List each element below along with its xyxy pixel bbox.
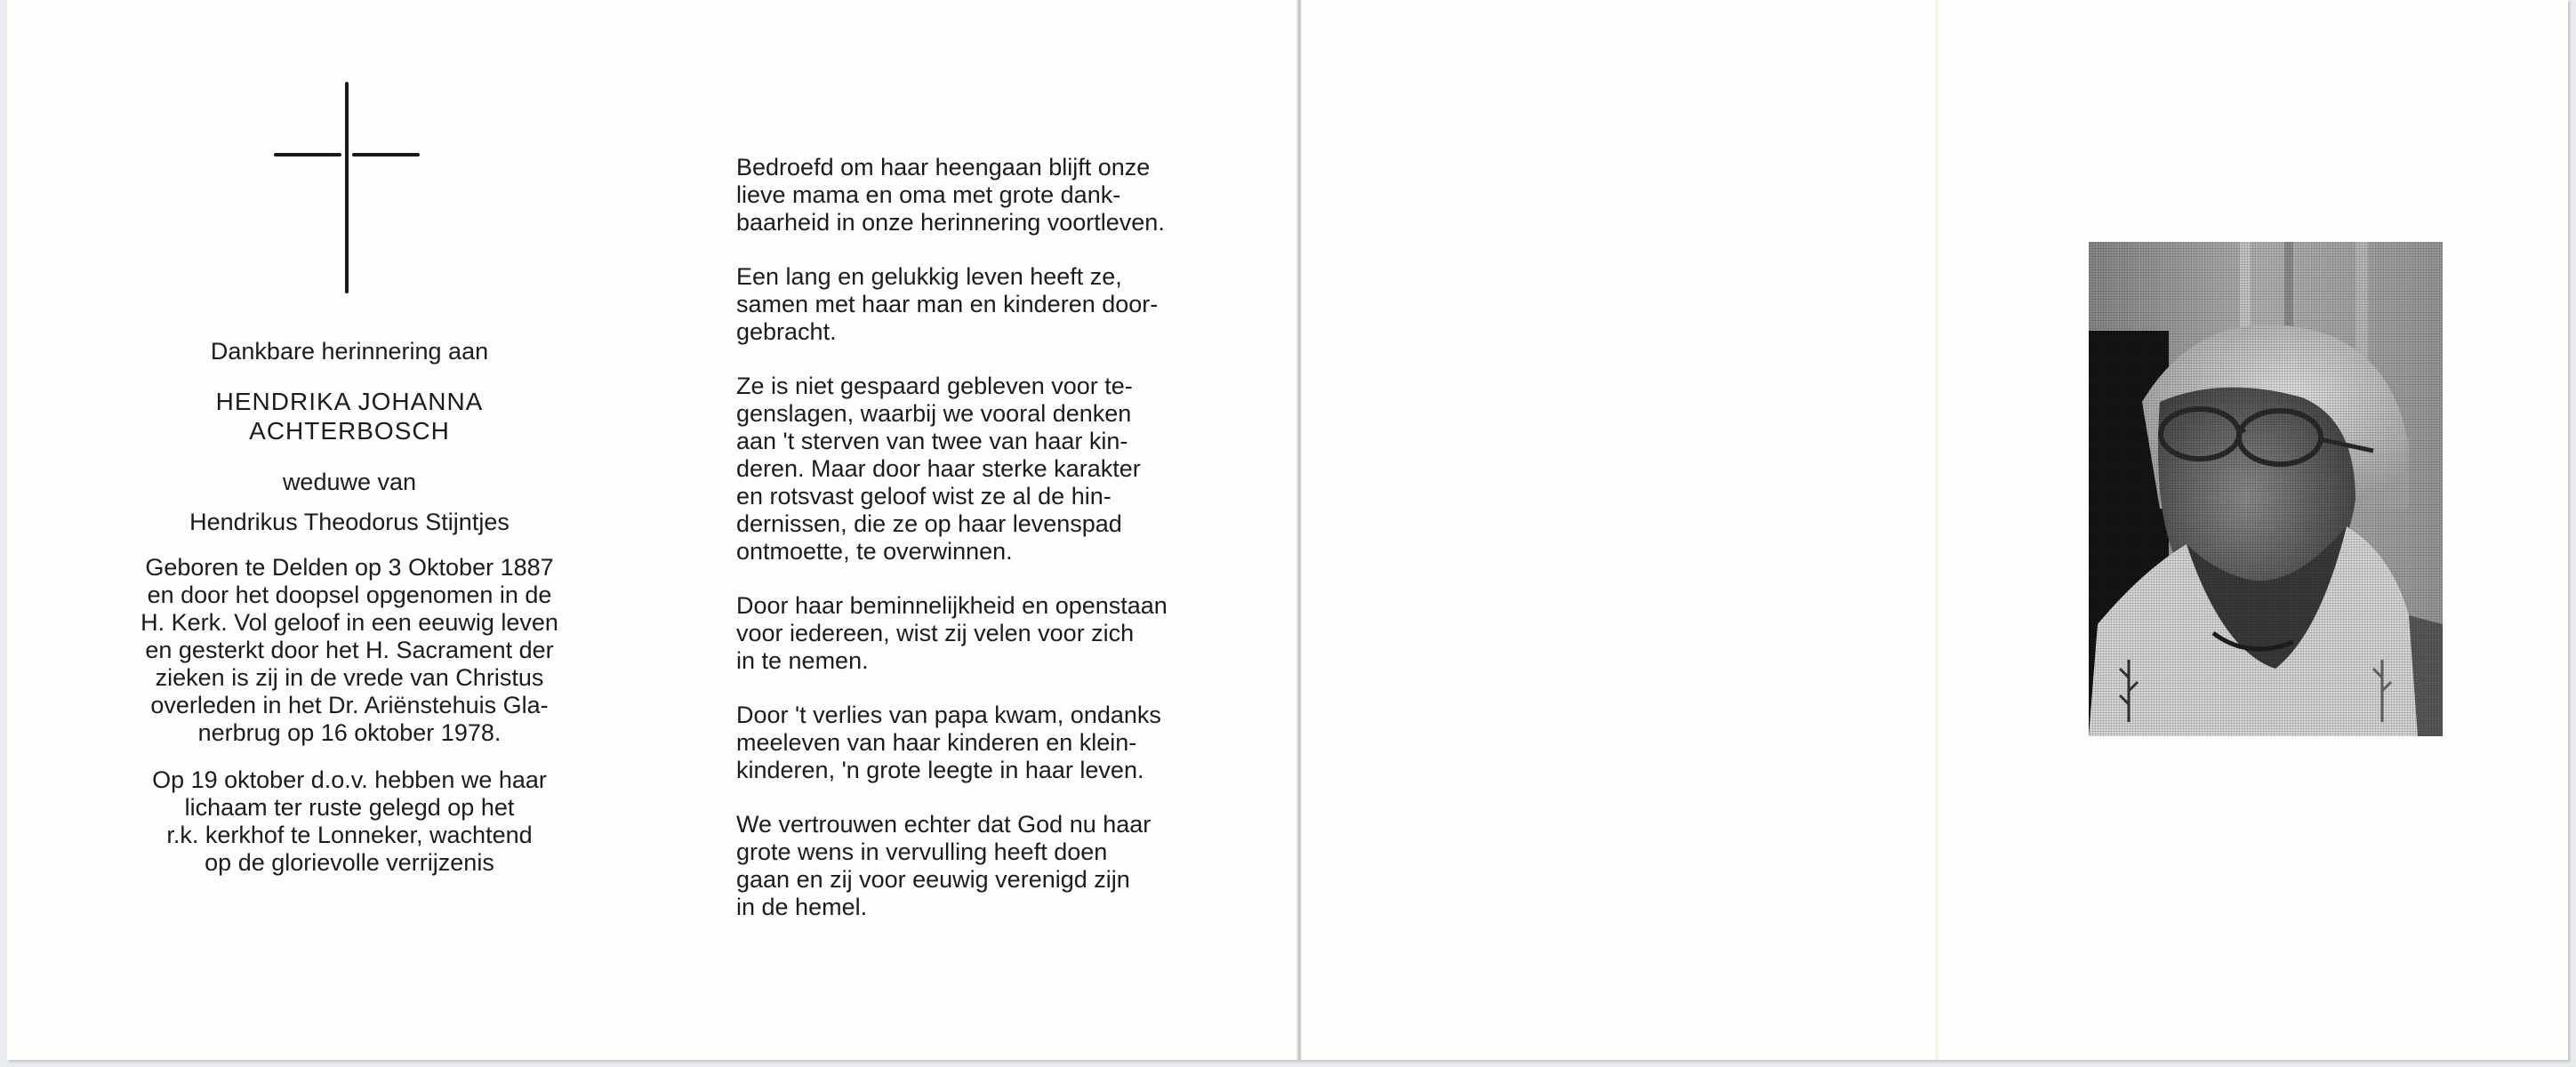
tribute-paragraph: Ze is niet gespaard gebleven voor te-gen…: [736, 373, 1234, 566]
portrait-photo: [2089, 242, 2443, 736]
burial-text: Op 19 oktober d.o.v. hebben we haar lich…: [100, 766, 598, 877]
memorial-card: Dankbare herinnering aan HENDRIKA JOHANN…: [7, 0, 2568, 1060]
tribute-paragraph: Een lang en gelukkig leven heeft ze,same…: [736, 263, 1234, 346]
cross-icon: [274, 82, 421, 293]
middle-panel: Bedroefd om haar heengaan blijft onzelie…: [736, 154, 1234, 948]
widow-label: weduwe van: [100, 469, 598, 496]
tribute-paragraph: We vertrouwen echter dat God nu haargrot…: [736, 811, 1234, 921]
spouse-name: Hendrikus Theodorus Stijntjes: [100, 509, 598, 536]
left-panel: Dankbare herinnering aan HENDRIKA JOHANN…: [100, 338, 598, 877]
biography: Geboren te Delden op 3 Oktober 1887 en d…: [100, 554, 598, 747]
tribute-paragraph: Door haar beminnelijkheid en openstaanvo…: [736, 592, 1234, 675]
deceased-name: HENDRIKA JOHANNA ACHTERBOSCH: [100, 387, 598, 445]
tribute-paragraph: Bedroefd om haar heengaan blijft onzelie…: [736, 154, 1234, 237]
card-fold: [1296, 0, 1302, 1060]
card-fold: [1935, 0, 1939, 1060]
intro-text: Dankbare herinnering aan: [100, 338, 598, 365]
tribute-paragraph: Door 't verlies van papa kwam, ondanksme…: [736, 702, 1234, 784]
